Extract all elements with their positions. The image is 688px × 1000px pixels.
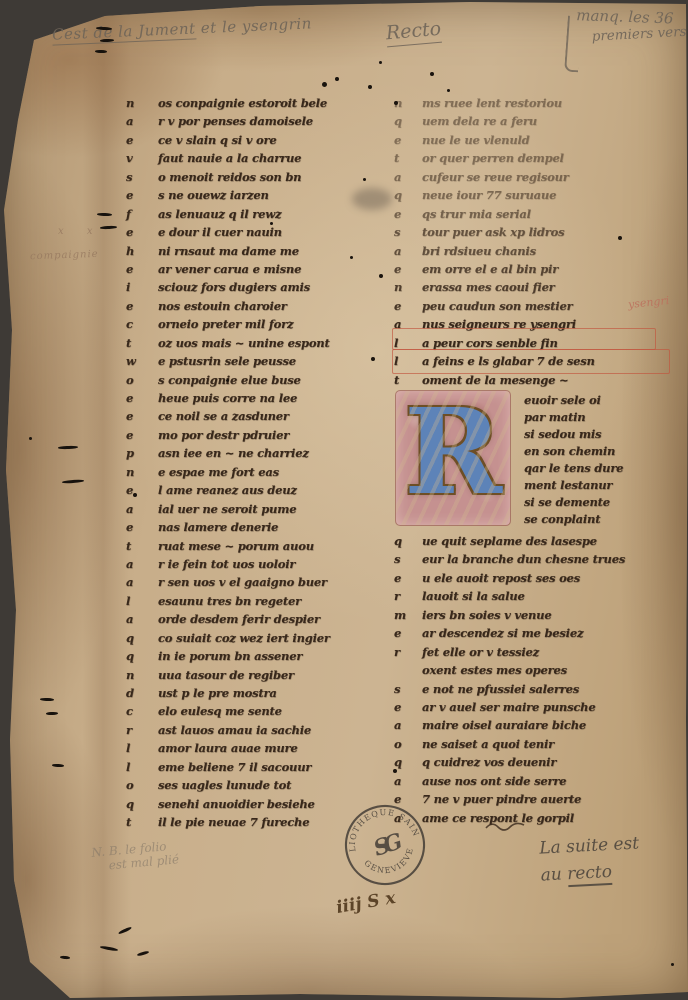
line-text: qs trur mia serial (422, 207, 531, 221)
manuscript-line: ar v por penses damoisele (126, 110, 330, 128)
line-text: amor laura auae mure (158, 741, 298, 755)
manuscript-line: eqs trur mia serial (394, 203, 595, 221)
missing-note-line2: premiers vers (591, 24, 687, 45)
line-initial: c (126, 315, 158, 333)
manuscript-line: tor quer perren dempel (394, 147, 595, 165)
manuscript-line: stour puer ask xp lidros (394, 221, 595, 239)
manuscript-line: eem orre el e al bin pir (394, 258, 595, 276)
line-text: uem dela re a feru (422, 114, 537, 128)
line-text: r v por penses damoisele (158, 114, 313, 128)
bottom-right-line1: La suite est (539, 833, 640, 858)
manuscript-line: qin ie porum bn assener (126, 645, 330, 663)
line-text: ne saiset a quoi tenir (422, 737, 554, 751)
bottom-right-au: au (540, 864, 568, 885)
line-text: nue le ue vlenuld (422, 133, 530, 147)
line-text: senehi anuoidier besiehe (158, 797, 315, 811)
line-text: faut nauie a la charrue (158, 151, 301, 165)
manuscript-line: nuua tasour de regiber (126, 664, 330, 682)
manuscript-line: ece v slain q si v ore (126, 129, 330, 147)
manuscript-line: ear descendez si me besiez (394, 622, 625, 640)
line-text: il le pie neuae 7 fureche (158, 815, 309, 829)
line-text: asn iee en ~ ne charriez (158, 446, 309, 460)
line-text: sciouz fors dugiers amis (158, 280, 310, 294)
manuscript-line: isciouz fors dugiers amis (126, 276, 330, 294)
line-text: o menoit reidos son bn (158, 170, 301, 184)
line-text: elo eulesq me sente (158, 704, 282, 718)
manuscript-line: amaire oisel auraiare biche (394, 714, 625, 732)
line-text: ue quit seplame des lasespe (422, 534, 597, 548)
manuscript-line: we pstusrin sele peusse (126, 350, 330, 368)
line-text: 7 ne v puer pindre auerte (422, 792, 581, 806)
manuscript-line: rfet elle or v tessiez (394, 641, 625, 659)
line-text: eur la branche dun chesne trues (422, 552, 625, 566)
line-text: or quer perren dempel (422, 151, 564, 165)
wormhole-dot (363, 178, 366, 181)
manuscript-line: qneue iour 77 suruaue (394, 184, 595, 202)
manuscript-line: so menoit reidos son bn (126, 166, 330, 184)
line-text: ses uagles lunude tot (158, 778, 291, 792)
line-text: ruat mese ~ porum auou (158, 539, 314, 553)
line-initial: q (126, 647, 158, 665)
manuscript-line: lesaunu tres bn regeter (126, 590, 330, 608)
text-beside-initial: euoir sele oipar matinsi sedou misen son… (524, 392, 623, 528)
line-text: ial uer ne seroit pume (158, 502, 296, 516)
line-text: q cuidrez vos deuenir (422, 755, 556, 769)
line-text: os conpaignie estoroit bele (158, 96, 327, 110)
manuscript-line: seur la branche dun chesne trues (394, 548, 625, 566)
manuscript-line: ear vener carua e misne (126, 258, 330, 276)
line-text: maire oisel auraiare biche (422, 718, 586, 732)
manuscript-line: ar ie fein tot uos uoloir (126, 553, 330, 571)
manuscript-line: acufeur se reue regisour (394, 166, 595, 184)
manuscript-line: en son chemin (524, 443, 623, 460)
manuscript-line: eheue puis corre na lee (126, 387, 330, 405)
manuscript-line: eu ele auoit repost ses oes (394, 567, 625, 585)
line-text: s ne ouewz iarzen (158, 188, 269, 202)
wormhole-dot (350, 256, 353, 259)
wormhole-dot (393, 769, 397, 773)
manuscript-line: que quit seplame des lasespe (394, 530, 625, 548)
line-initial: p (126, 444, 158, 462)
manuscript-line: ece noil se a zasduner (126, 405, 330, 423)
line-initial: e (126, 481, 158, 499)
line-text: nos estouin charoier (158, 299, 287, 313)
line-text: ni rnsaut ma dame me (158, 244, 299, 258)
illuminated-initial-R: R (396, 391, 510, 525)
sewing-slit (95, 50, 107, 53)
wormhole-dot (29, 437, 32, 440)
manuscript-line: si sedou mis (524, 426, 623, 443)
line-text: ar v auel ser maire punsche (422, 700, 595, 714)
manuscript-line: par matin (524, 409, 623, 426)
line-text: l ame reanez aus deuz (158, 483, 297, 497)
wormhole-dot (226, 379, 229, 382)
line-text: as lenuauz q il rewz (158, 207, 281, 221)
rubric-highlight-box (392, 328, 656, 350)
wormhole-dot (394, 101, 398, 105)
manuscript-line: pasn iee en ~ ne charriez (126, 442, 330, 460)
manuscript-line: e7 ne v puer pindre auerte (394, 788, 625, 806)
manuscript-line: epeu caudun son mestier (394, 295, 595, 313)
manuscript-line: os conpaignie elue buse (126, 369, 330, 387)
wormhole-dot (371, 357, 375, 361)
manuscript-line: leme beliene 7 il sacouur (126, 756, 330, 774)
missing-verses-note: manq. les 36 premiers vers (575, 6, 687, 44)
line-initial: e (126, 186, 158, 204)
line-initial: w (126, 352, 158, 370)
line-text: heue puis corre na lee (158, 391, 297, 405)
line-text: iers bn soies v venue (422, 608, 551, 622)
manuscript-line: si se demente (524, 494, 623, 511)
stamp-monogram: SG (371, 828, 406, 861)
wormhole-dot (447, 89, 450, 92)
manuscript-line: qar le tens dure (524, 460, 623, 477)
line-text: e not ne pfussiei salerres (422, 682, 579, 696)
wormhole-dot (270, 222, 273, 225)
line-initial: v (126, 149, 158, 167)
line-text: s conpaignie elue buse (158, 373, 301, 387)
line-text: fet elle or v tessiez (422, 645, 539, 659)
line-text: uua tasour de regiber (158, 668, 294, 682)
manuscript-line: enue le ue vlenuld (394, 129, 595, 147)
line-text: ar vener carua e misne (158, 262, 301, 276)
manuscript-line: ne espae me fort eas (126, 461, 330, 479)
line-text: erassa mes caoui fier (422, 280, 555, 294)
line-text: eme beliene 7 il sacouur (158, 760, 311, 774)
line-initial: e (394, 624, 422, 642)
line-text: r ie fein tot uos uoloir (158, 557, 295, 571)
wormhole-dot (368, 85, 372, 89)
manuscript-line: enos estouin charoier (126, 295, 330, 313)
line-text: r sen uos v el gaaigno buer (158, 575, 327, 589)
manuscript-line: celo eulesq me sente (126, 700, 330, 718)
manuscript-line: lamor laura auae mure (126, 737, 330, 755)
manuscript-line: oxent estes mes operes (394, 659, 625, 677)
line-initial: l (126, 739, 158, 757)
line-text: oz uos mais ~ unine espont (158, 336, 330, 350)
line-initial: a (126, 610, 158, 628)
wormhole-dot (335, 77, 339, 81)
line-initial: t (126, 813, 158, 831)
manuscript-line: ee dour il cuer nauin (126, 221, 330, 239)
line-text: oxent estes mes operes (422, 663, 567, 677)
line-text: ms ruee lent restoriou (422, 96, 562, 110)
manuscript-line: rast lauos amau ia sachie (126, 719, 330, 737)
manuscript-line: ar sen uos v el gaaigno buer (126, 571, 330, 589)
line-text: esaunu tres bn regeter (158, 594, 301, 608)
margin-x-marks: x x (58, 226, 102, 237)
line-initial: q (394, 753, 422, 771)
manuscript-line: miers bn soies v venue (394, 604, 625, 622)
manuscript-line: se conplaint (524, 511, 623, 528)
manuscript-line: aorde desdem ferir despier (126, 608, 330, 626)
manuscript-line: toz uos mais ~ unine espont (126, 332, 330, 350)
manuscript-line: oses uagles lunude tot (126, 774, 330, 792)
wormhole-dot (322, 82, 327, 87)
wormhole-dot (618, 236, 622, 240)
text-column-right-bottom: que quit seplame des lasespeseur la bran… (394, 530, 625, 825)
scribal-flourish (484, 822, 528, 832)
manuscript-line: ment lestanur (524, 477, 623, 494)
line-text: orneio preter mil forz (158, 317, 293, 331)
manuscript-line: rlauoit si la salue (394, 585, 625, 603)
line-text: peu caudun son mestier (422, 299, 572, 313)
line-text: mo por destr pdruier (158, 428, 289, 442)
bottom-right-note: La suite est au recto (539, 833, 641, 885)
text-column-left: nos conpaignie estoroit belear v por pen… (126, 92, 330, 830)
line-text: ause nos ont side serre (422, 774, 566, 788)
manuscript-line: qsenehi anuoidier besiehe (126, 793, 330, 811)
wormhole-dot (430, 72, 434, 76)
line-text: e pstusrin sele peusse (158, 354, 296, 368)
wormhole-dot (133, 493, 137, 497)
manuscript-line: truat mese ~ porum auou (126, 535, 330, 553)
line-text: lauoit si la salue (422, 589, 525, 603)
manuscript-line: dust p le pre mostra (126, 682, 330, 700)
wormhole-dot (379, 274, 383, 278)
line-initial: r (394, 587, 422, 605)
manuscript-line: qq cuidrez vos deuenir (394, 751, 625, 769)
line-text: ar descendez si me besiez (422, 626, 583, 640)
bottom-right-recto: recto (567, 862, 613, 887)
line-text: e espae me fort eas (158, 465, 279, 479)
ink-smudge (352, 188, 392, 210)
recto-label: Recto (385, 18, 442, 48)
manuscript-line: se not ne pfussiei salerres (394, 678, 625, 696)
line-text: e dour il cuer nauin (158, 225, 282, 239)
manuscript-line: abri rdsiueu chanis (394, 240, 595, 258)
manuscript-line: hni rnsaut ma dame me (126, 240, 330, 258)
line-text: nas lamere denerie (158, 520, 278, 534)
wormhole-dot (671, 963, 674, 966)
manuscript-line: euoir sele oi (524, 392, 623, 409)
manuscript-photo: Cest de la Jument et le ysengrin Recto m… (0, 0, 688, 1000)
line-text: u ele auoit repost ses oes (422, 571, 580, 585)
line-initial: e (126, 518, 158, 536)
line-text: tour puer ask xp lidros (422, 225, 564, 239)
manuscript-line: nms ruee lent restoriou (394, 92, 595, 110)
manuscript-line: aial uer ne seroit pume (126, 498, 330, 516)
line-text: ce noil se a zasduner (158, 409, 289, 423)
manuscript-line: enas lamere denerie (126, 516, 330, 534)
wormhole-dot (379, 61, 382, 64)
manuscript-line: el ame reanez aus deuz (126, 479, 330, 497)
line-text: orde desdem ferir despier (158, 612, 320, 626)
manuscript-line: nos conpaignie estoroit bele (126, 92, 330, 110)
manuscript-line: emo por destr pdruier (126, 424, 330, 442)
line-initial: e (394, 297, 422, 315)
line-text: co suiait coz wez iert ingier (158, 631, 330, 645)
manuscript-line: quem dela re a feru (394, 110, 595, 128)
manuscript-line: vfaut nauie a la charrue (126, 147, 330, 165)
line-text: ast lauos amau ia sachie (158, 723, 311, 737)
line-text: bri rdsiueu chanis (422, 244, 536, 258)
line-initial: e (126, 223, 158, 241)
line-initial: o (126, 776, 158, 794)
manuscript-line: one saiset a quoi tenir (394, 733, 625, 751)
manuscript-line: nerassa mes caoui fier (394, 276, 595, 294)
manuscript-line: qco suiait coz wez iert ingier (126, 627, 330, 645)
manuscript-line: es ne ouewz iarzen (126, 184, 330, 202)
initial-wear-texture (396, 391, 510, 525)
manuscript-line: fas lenuauz q il rewz (126, 203, 330, 221)
line-text: em orre el e al bin pir (422, 262, 558, 276)
line-text: cufeur se reue regisour (422, 170, 569, 184)
line-text: in ie porum bn assener (158, 649, 302, 663)
manuscript-line: aause nos ont side serre (394, 770, 625, 788)
manuscript-line: corneio preter mil forz (126, 313, 330, 331)
line-text: ce v slain q si v ore (158, 133, 276, 147)
manuscript-line: til le pie neuae 7 fureche (126, 811, 330, 829)
manuscript-line: ear v auel ser maire punsche (394, 696, 625, 714)
line-text: neue iour 77 suruaue (422, 188, 556, 202)
line-text: ust p le pre mostra (158, 686, 277, 700)
rubric-highlight-box (392, 349, 670, 374)
